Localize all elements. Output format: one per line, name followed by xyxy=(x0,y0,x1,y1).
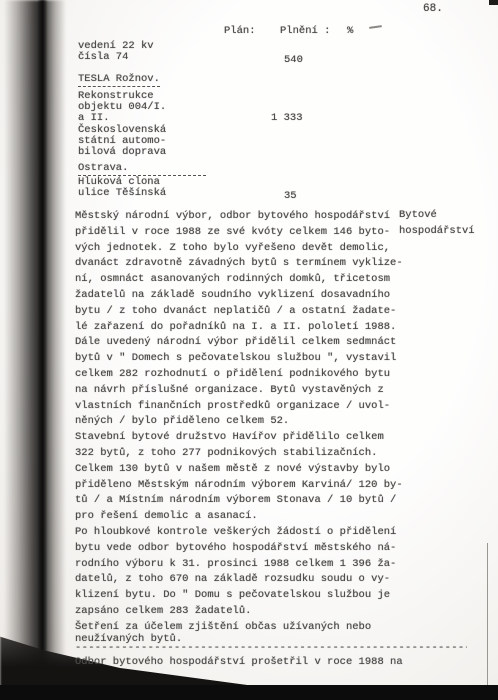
body-line: vých jednotek. Z toho bylo vyřešeno devě… xyxy=(75,241,415,257)
ledger-title-underlined: Ostrava. xyxy=(78,163,206,176)
ledger-entry-csad: Československá státní automo- bilová dop… xyxy=(78,125,206,176)
body-line: 322 bytů, z toho 277 podnikových stabili… xyxy=(75,446,415,462)
section-heading-line: Šetření za účelem zjištění občas užívaný… xyxy=(75,622,371,634)
ledger-line: bilová doprava xyxy=(78,147,206,158)
body-line: lé zařazení do pořadníků na I. a II. pol… xyxy=(75,320,415,336)
ledger-entry-vedeni: vedení 22 kv čísla 74 xyxy=(78,41,154,63)
body-line: ní, osmnáct asanovaných rodinných domků,… xyxy=(75,272,415,288)
body-line: bytu / z toho dvanáct neplatičů / a osta… xyxy=(75,304,415,320)
ledger-entry-tesla: TESLA Rožnov. xyxy=(78,68,160,87)
binding-shadow-strip xyxy=(4,0,66,700)
body-paragraphs: Městský národní výbor, odbor bytového ho… xyxy=(75,209,415,620)
body-line: Celkem 130 bytů v našem městě z nové výs… xyxy=(75,462,415,478)
column-header-plneni: Plnění : xyxy=(280,25,330,37)
body-line: pro řešení demolic a asanací. xyxy=(75,509,415,525)
body-line: žadatelů na základě soudního vyklizení d… xyxy=(75,288,415,304)
body-line: rodního výboru k 31. prosinci 1988 celke… xyxy=(75,557,415,573)
ledger-value-540: 540 xyxy=(284,54,303,66)
ledger-value-35: 35 xyxy=(284,190,297,202)
body-line: Stavební bytové družstvo Havířov přiděli… xyxy=(75,430,415,446)
ledger-line: státní automo- xyxy=(78,136,206,147)
ledger-line: ulice Těšínská xyxy=(78,188,166,199)
ledger-line: čísla 74 xyxy=(78,52,154,63)
body-line: Městský národní výbor, odbor bytového ho… xyxy=(75,209,415,225)
body-line: datelů, z toho 670 na základě rozsudku s… xyxy=(75,572,415,588)
body-line: přiděleno Městským národním výborem Karv… xyxy=(75,478,415,494)
body-line: přidělil v roce 1988 ze své kvóty celkem… xyxy=(75,225,415,241)
page-edge-line xyxy=(487,543,488,685)
body-line: dvanáct zdravotně závadných bytů s termí… xyxy=(75,256,415,272)
ledger-line: a II. xyxy=(78,113,166,124)
dashed-separator: ----------------------------------------… xyxy=(75,642,467,654)
body-line: bytu vede odbor bytového hospodářství mě… xyxy=(75,541,415,557)
scanned-document-page: 68. Plán: Plnění : % vedení 22 kv čísla … xyxy=(0,0,498,700)
body-line: bytů v " Domech s pečovatelskou službou … xyxy=(75,351,415,367)
binding-shadow-core xyxy=(38,0,47,700)
body-line: na návrh příslušné organizace. Bytů vyst… xyxy=(75,383,415,399)
body-line: vlastních finančních prostředků organiza… xyxy=(75,399,415,415)
ledger-entry-rekonstrukce: Rekonstrukce objektu 004/I. a II. xyxy=(78,91,166,123)
footer-text-line: Odbor bytového hospodářství prošetřil v … xyxy=(75,656,403,668)
body-line: Po hloubkové kontrole veškerých žádostí … xyxy=(75,525,415,541)
ledger-line: objektu 004/I. xyxy=(78,102,166,113)
body-line: tů / a Místním národním výborem Stonava … xyxy=(75,493,415,509)
ledger-value-1333: 1 333 xyxy=(271,112,303,124)
corner-scan-mark xyxy=(489,0,498,5)
body-line: celkem 282 rozhodnutí o přidělení podnik… xyxy=(75,367,415,383)
body-line: klizení bytu. Do " Domu s pečovatelskou … xyxy=(75,588,415,604)
scan-bottom-band xyxy=(0,685,498,700)
stray-dash-mark xyxy=(369,25,382,29)
page-number: 68. xyxy=(423,3,443,15)
body-line: něných / bylo přiděleno celkem 52. xyxy=(75,414,415,430)
body-line: zapsáno celkem 283 žadatelů. xyxy=(75,604,415,620)
body-line: Dále uvedený národní výbor přidělil celk… xyxy=(75,335,415,351)
column-header-percent: % xyxy=(347,25,353,37)
ledger-entry-hlukova-clona: Hluková clona ulice Těšínská xyxy=(78,177,166,199)
ledger-title-underlined: TESLA Rožnov. xyxy=(78,74,160,87)
column-header-plan: Plán: xyxy=(224,25,256,37)
